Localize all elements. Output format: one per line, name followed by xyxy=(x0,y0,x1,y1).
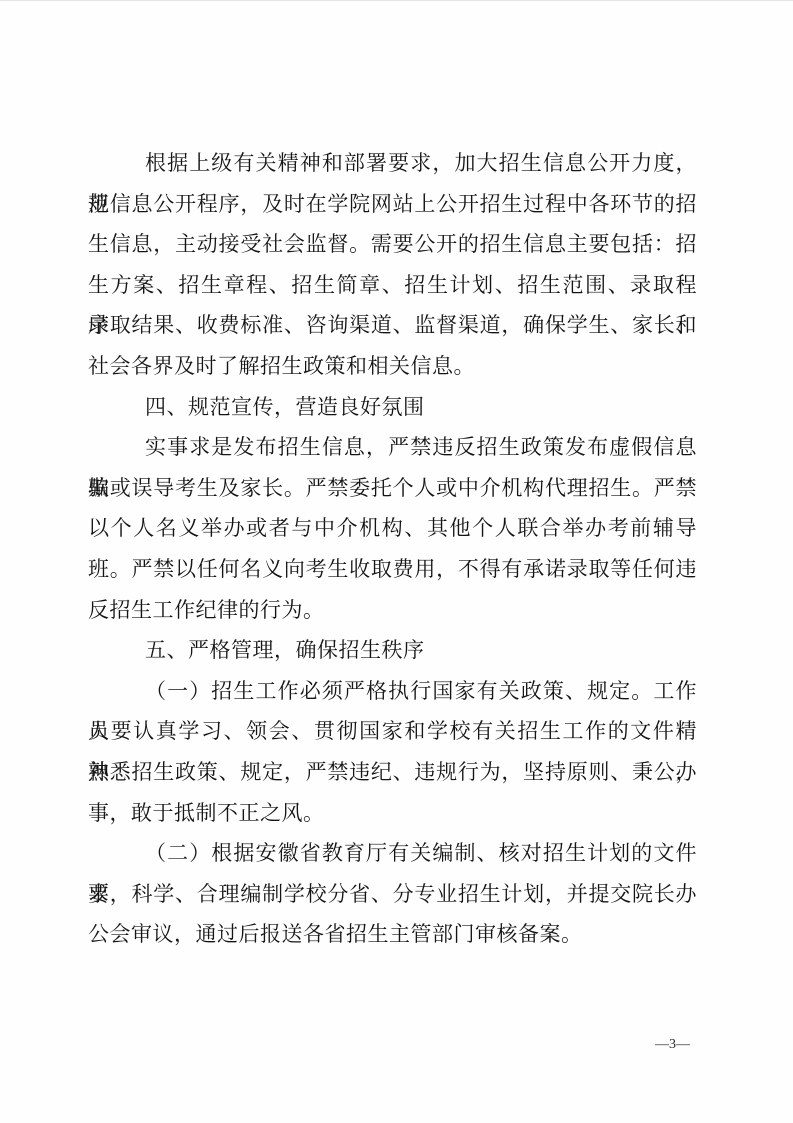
paragraph: 实事求是发布招生信息，严禁违反招生政策发布虚假信息欺 骗或误导考生及家长。严禁委… xyxy=(88,427,697,630)
document-page: 根据上级有关精神和部署要求，加大招生信息公开力度，规 范信息公开程序，及时在学院… xyxy=(0,0,793,1123)
section: 四、规范宣传，营造良好氛围 xyxy=(88,387,697,428)
text-line: 公会审议，通过后报送各省招生主管部门审核备案。 xyxy=(88,914,697,955)
text-line: 录取结果、收费标准、咨询渠道、监督渠道，确保学生、家长和 xyxy=(88,305,697,346)
text-line: 范信息公开程序，及时在学院网站上公开招生过程中各环节的招 xyxy=(88,184,697,225)
paragraph: （二）根据安徽省教育厅有关编制、核对招生计划的文件要 求，科学、合理编制学校分省… xyxy=(88,833,697,955)
text-line: 员要认真学习、领会、贯彻国家和学校有关招生工作的文件精神， xyxy=(88,711,697,752)
text-line: 班。严禁以任何名义向考生收取费用，不得有承诺录取等任何违 xyxy=(88,549,697,590)
paragraph: （一）招生工作必须严格执行国家有关政策、规定。工作人 员要认真学习、领会、贯彻国… xyxy=(88,671,697,833)
text-line: （一）招生工作必须严格执行国家有关政策、规定。工作人 xyxy=(88,671,697,712)
page-number: —3— xyxy=(655,1037,690,1053)
text-line: 骗或误导考生及家长。严禁委托个人或中介机构代理招生。严禁 xyxy=(88,468,697,509)
section-heading: 四、规范宣传，营造良好氛围 xyxy=(88,387,697,428)
text-line: 求，科学、合理编制学校分省、分专业招生计划，并提交院长办 xyxy=(88,874,697,915)
text-line: 反招生工作纪律的行为。 xyxy=(88,590,697,631)
text-line: 根据上级有关精神和部署要求，加大招生信息公开力度，规 xyxy=(88,143,697,184)
section: 五、严格管理，确保招生秩序 xyxy=(88,630,697,671)
text-line: 事，敢于抵制不正之风。 xyxy=(88,793,697,834)
text-line: 实事求是发布招生信息，严禁违反招生政策发布虚假信息欺 xyxy=(88,427,697,468)
text-line: 熟悉招生政策、规定，严禁违纪、违规行为，坚持原则、秉公办 xyxy=(88,752,697,793)
text-line: 生方案、招生章程、招生简章、招生计划、招生范围、录取程序、 xyxy=(88,265,697,306)
text-line: 生信息，主动接受社会监督。需要公开的招生信息主要包括：招 xyxy=(88,224,697,265)
text-line: 社会各界及时了解招生政策和相关信息。 xyxy=(88,346,697,387)
text-line: 以个人名义举办或者与中介机构、其他个人联合举办考前辅导 xyxy=(88,508,697,549)
paragraph: 根据上级有关精神和部署要求，加大招生信息公开力度，规 范信息公开程序，及时在学院… xyxy=(88,143,697,387)
text-line: （二）根据安徽省教育厅有关编制、核对招生计划的文件要 xyxy=(88,833,697,874)
section-heading: 五、严格管理，确保招生秩序 xyxy=(88,630,697,671)
document-body: 根据上级有关精神和部署要求，加大招生信息公开力度，规 范信息公开程序，及时在学院… xyxy=(88,143,697,955)
